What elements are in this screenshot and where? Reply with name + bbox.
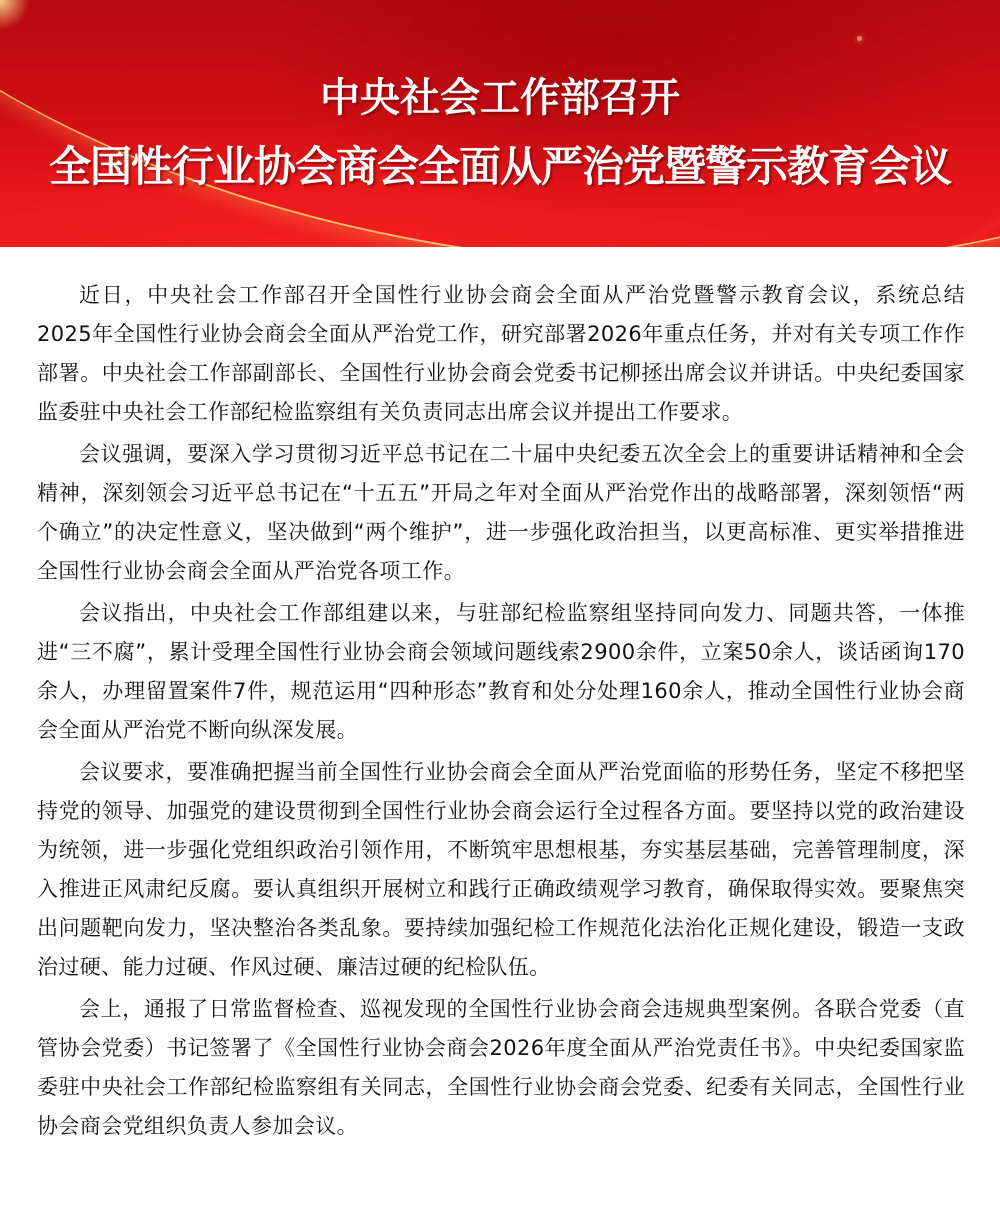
header-banner: 中央社会工作部召开 全国性行业协会商会全面从严治党暨警示教育会议 xyxy=(0,0,1000,247)
article-paragraph: 会议指出，中央社会工作部组建以来，与驻部纪检监察组坚持同向发力、同题共答，一体推… xyxy=(37,594,965,750)
article-paragraph: 会上，通报了日常监督检查、巡视发现的全国性行业协会商会违规典型案例。各联合党委（… xyxy=(37,990,965,1146)
article-paragraph: 会议要求，要准确把握当前全国性行业协会商会全面从严治党面临的形势任务，坚定不移把… xyxy=(37,753,965,987)
page-title-line-1: 中央社会工作部召开 xyxy=(0,66,1000,123)
page-title-line-2: 全国性行业协会商会全面从严治党暨警示教育会议 xyxy=(0,134,1000,194)
article-paragraph: 会议强调，要深入学习贯彻习近平总书记在二十届中央纪委五次全会上的重要讲话精神和全… xyxy=(37,435,965,591)
article-body: 近日，中央社会工作部召开全国性行业协会商会全面从严治党暨警示教育会议，系统总结2… xyxy=(37,276,965,1149)
decorative-spark-icon xyxy=(857,36,862,41)
article-paragraph: 近日，中央社会工作部召开全国性行业协会商会全面从严治党暨警示教育会议，系统总结2… xyxy=(37,276,965,432)
